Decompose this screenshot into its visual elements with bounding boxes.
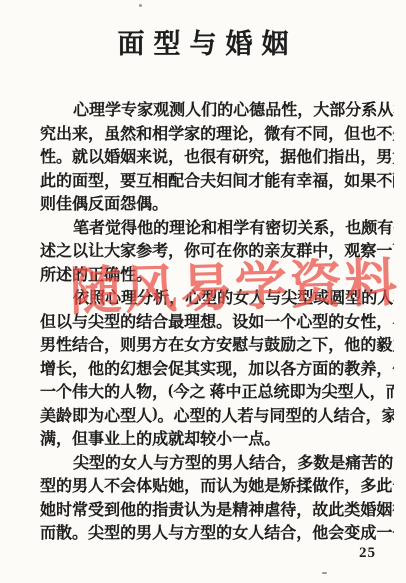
text-line: 一个伟大的人物，(今之 蒋中正总统即为尖型人，而蒋夫人宋 bbox=[40, 379, 394, 403]
text-line: 美龄即为心型人)。心型的人若与同型的人结合，家庭可稍美 bbox=[40, 403, 394, 427]
text-line: 依照心理分析，心型的女人与尖型或圆型的人相结合都好， bbox=[40, 285, 394, 309]
text-line: 但以与尖型的结合最理想。设如一个心型的女性，与尖型的 bbox=[40, 309, 394, 333]
text-line: 心理学专家观测人们的心德品性，大部分系从相理学研 bbox=[40, 97, 394, 121]
text-line: 述之以让大家参考，你可在你的亲友群中，观察一下，下面 bbox=[40, 238, 394, 262]
text-line: 男性结合，则男方在女方安慰与鼓励之下，他的毅力会不断 bbox=[40, 332, 394, 356]
text-line: 尖型的女人与方型的男人结合，多数是痛苦的，因为方 bbox=[40, 450, 394, 474]
text-line: 而散。尖型的男人与方型的女人结合，他会变成一个模范的 bbox=[40, 520, 394, 544]
text-line: 型的男人不会体贴她，而认为她是矫揉做作，多此一举，而 bbox=[40, 473, 394, 497]
book-page: 面型与婚姻 心理学专家观测人们的心德品性，大部分系从相理学研究出来，虽然和相学家… bbox=[0, 0, 406, 583]
text-line: 性。就以婚姻来说，也很有研究，据他们指出，男女婚姻，彼 bbox=[40, 144, 394, 168]
text-line: 究出来，虽然和相学家的理论，微有不同，但也不失其准确 bbox=[40, 121, 394, 145]
scan-speck bbox=[139, 4, 142, 7]
text-line: 所述的正确性。 bbox=[40, 262, 394, 286]
text-line: 则佳偶反面怨偶。 bbox=[40, 191, 394, 215]
text-line: 她时常受到他的指责认为是精神虐待，故此类婚姻往往不欢 bbox=[40, 497, 394, 521]
page-number: 25 bbox=[359, 545, 376, 562]
text-line: 此的面型，要互相配合夫妇间才能有幸福，如果不配合的话， bbox=[40, 168, 394, 192]
scan-speck bbox=[322, 572, 327, 574]
page-title: 面型与婚姻 bbox=[0, 22, 406, 61]
text-line: 笔者觉得他的理论和相学有密切关系，也颇有些道理，特 bbox=[40, 215, 394, 239]
text-line: 满，但事业上的成就却较小一点。 bbox=[40, 426, 394, 450]
text-line: 增长，他的幻想会促其实现，加以各方面的教养，便会成为 bbox=[40, 356, 394, 380]
body-text: 心理学专家观测人们的心德品性，大部分系从相理学研究出来，虽然和相学家的理论，微有… bbox=[40, 97, 394, 544]
